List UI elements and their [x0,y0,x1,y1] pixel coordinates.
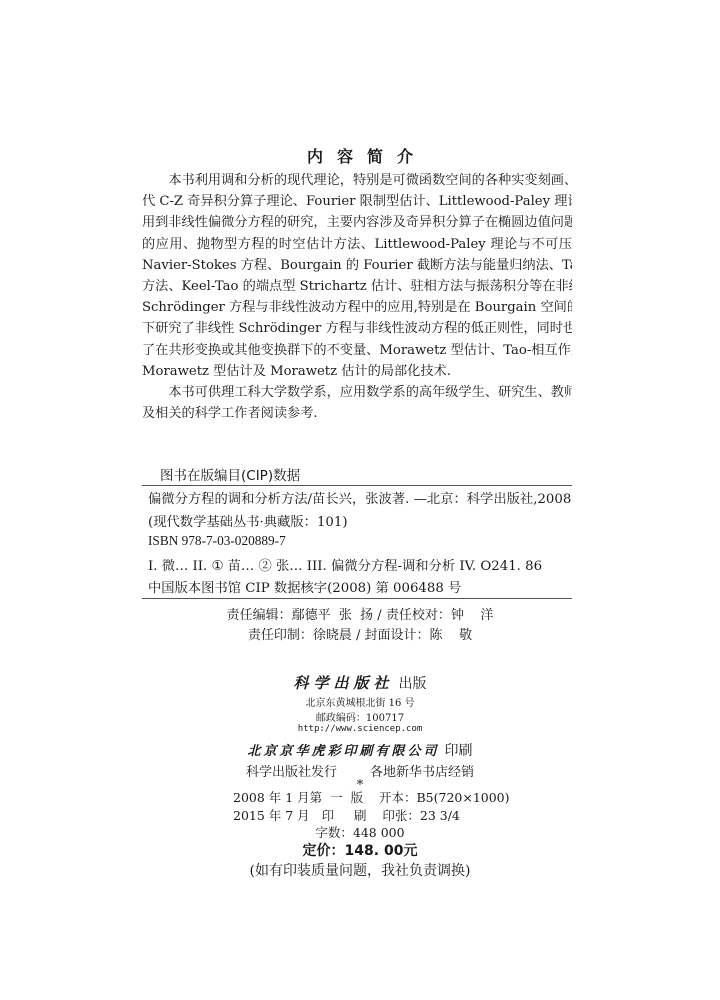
cip-line-title: 偏微分方程的调和分析方法/苗长兴，张波著. —北京：科学出版社,2008 [148,488,571,507]
cip-line-record-number: 中国版本图书馆 CIP 数据核字(2008) 第 006488 号 [148,577,461,596]
summary-line: 本书利用调和分析的现代理论，特别是可微函数空间的各种实变刻画、三 [142,170,572,191]
cip-line-series: (现代数学基础丛书·典藏版：101) [148,511,348,530]
summary-line: Navier-Stokes 方程、Bourgain 的 Fourier 截断方法… [142,255,572,276]
printer-name: 北京京华虎彩印刷有限公司 [247,744,439,759]
summary-paragraph-2: 本书可供理工科大学数学系，应用数学系的高年级学生、研究生、教师以 及相关的科学工… [142,382,572,424]
cip-bottom-rule [142,598,572,599]
summary-line: 下研究了非线性 Schrödinger 方程与非线性波动方程的低正则性，同时也介… [142,318,572,339]
summary-line: 方法、Keel-Tao 的端点型 Strichartz 估计、驻相方法与振荡积分… [142,276,572,297]
summary-paragraph-1: 本书利用调和分析的现代理论，特别是可微函数空间的各种实变刻画、三 代 C-Z 奇… [142,170,572,382]
publisher-suffix: 出版 [399,676,427,692]
edition-line-1: 2008 年 1 月第 一 版 开本：B5(720×1000) [233,788,510,806]
summary-line: 代 C-Z 奇异积分算子理论、Fourier 限制型估计、Littlewood-… [142,191,572,212]
cip-line-isbn: ISBN 978-7-03-020889-7 [148,533,286,549]
publisher-postcode: 邮政编码：100717 [0,709,720,724]
page-title: 内容简介 [0,144,720,167]
publisher-url: http://www.sciencep.com [0,724,720,734]
cip-line-classification: I. 微… II. ① 苗… ② 张… III. 偏微分方程-调和分析 IV. … [148,555,542,574]
summary-line: 用到非线性偏微分方程的研究，主要内容涉及奇异积分算子在椭圆边值问题中 [142,212,572,233]
summary-line: 了在共形变换或其他变换群下的不变量、Morawetz 型估计、Tao-相互作用的 [142,340,572,361]
price: 定价：148. 00元 [0,840,720,860]
edition-line-2: 2015 年 7 月 印 刷 印张：23 3/4 [233,806,460,824]
printer-line: 北京京华虎彩印刷有限公司 印刷 [0,740,720,760]
printer-suffix: 印刷 [445,743,473,759]
cip-top-rule [142,485,572,486]
cip-heading: 图书在版编目(CIP)数据 [160,464,300,484]
summary-line: 的应用、抛物型方程的时空估计方法、Littlewood-Paley 理论与不可压 [142,234,572,255]
publisher-line: 科学出版社 出版 [0,672,720,693]
credits-editors: 责任编辑：鄢德平 张 扬 / 责任校对：钟 洋 [0,604,720,623]
summary-line: Schrödinger 方程与非线性波动方程中的应用,特别是在 Bourgain… [142,297,572,318]
summary-line: 及相关的科学工作者阅读参考. [142,403,572,424]
summary-line: Morawetz 型估计及 Morawetz 估计的局部化技术. [142,361,572,382]
publisher-address: 北京东黄城根北街 16 号 [0,694,720,709]
word-count: 字数：448 000 [0,823,720,841]
summary-line: 本书可供理工科大学数学系，应用数学系的高年级学生、研究生、教师以 [142,382,572,403]
credits-production: 责任印制：徐晓晨 / 封面设计：陈 敬 [0,624,720,643]
publisher-name: 科学出版社 [293,674,393,692]
quality-notice: (如有印装质量问题，我社负责调换) [0,860,720,880]
